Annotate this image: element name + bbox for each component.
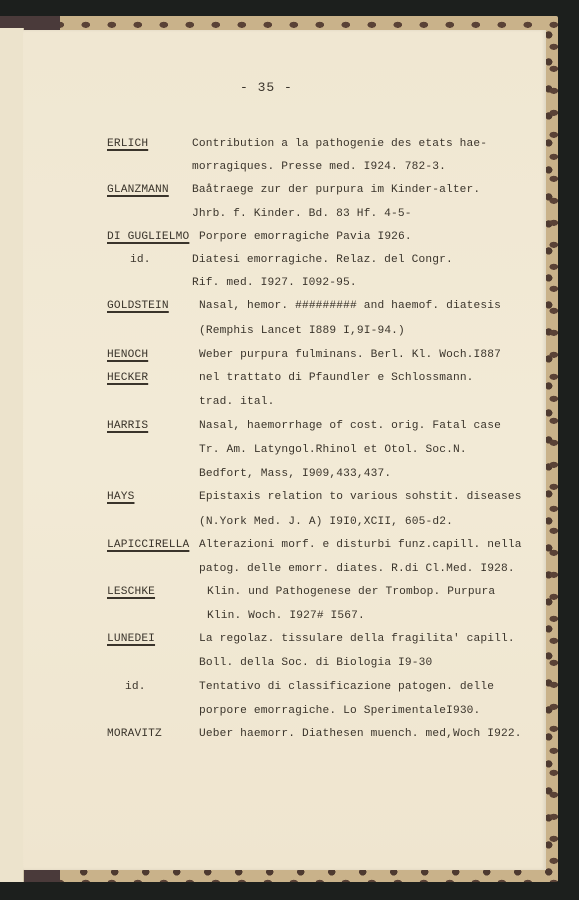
bib-text: Porpore emorragiche Pavia I926. — [199, 231, 412, 243]
bib-text: Alterazioni morf. e disturbi funz.capill… — [199, 539, 522, 551]
bib-text: Contribution a la pathogenie des etats h… — [192, 138, 487, 150]
bib-author-moravitz: MORAVITZ — [107, 728, 162, 740]
bib-author-goldstein: GOLDSTEIN — [107, 300, 169, 312]
bib-text: patog. delle emorr. diates. R.di Cl.Med.… — [199, 563, 515, 575]
bib-text: Epistaxis relation to various sohstit. d… — [199, 491, 522, 503]
bib-text: Baåtraege zur der purpura im Kinder-alte… — [192, 184, 480, 196]
bib-text: Nasal, hemor. ######### and haemof. diat… — [199, 300, 501, 312]
page-number: - 35 - — [240, 80, 293, 95]
bib-text: Klin. und Pathogenese der Trombop. Purpu… — [207, 586, 495, 598]
bib-text: Weber purpura fulminans. Berl. Kl. Woch.… — [199, 349, 501, 361]
bib-text: (Remphis Lancet I889 I,9I-94.) — [199, 325, 405, 337]
bib-text: Nasal, haemorrhage of cost. orig. Fatal … — [199, 420, 501, 432]
bib-text: Jhrb. f. Kinder. Bd. 83 Hf. 4-5- — [192, 208, 412, 220]
bib-author-di-guglielmo: DI GUGLIELMO — [107, 231, 189, 243]
bib-text: La regolaz. tissulare della fragilita' c… — [199, 633, 515, 645]
bib-text: Tentativo di classificazione patogen. de… — [199, 681, 494, 693]
bib-author-lapiccirella: LAPICCIRELLA — [107, 539, 189, 551]
bib-author-harris: HARRIS — [107, 420, 148, 432]
bib-author-id: id. — [130, 254, 151, 266]
bib-text: porpore emorragiche. Lo SperimentaleI930… — [199, 705, 480, 717]
bib-author-id: id. — [125, 681, 146, 693]
bib-text: nel trattato di Pfaundler e Schlossmann. — [199, 372, 474, 384]
bib-author-hecker: HECKER — [107, 372, 148, 384]
bib-text: Ueber haemorr. Diathesen muench. med,Woc… — [199, 728, 522, 740]
facing-page-edge — [0, 28, 24, 882]
bib-text: Tr. Am. Latyngol.Rhinol et Otol. Soc.N. — [199, 444, 467, 456]
bib-author-glanzmann: GLANZMANN — [107, 184, 169, 196]
bib-author-leschke: LESCHKE — [107, 586, 155, 598]
bib-text: Rif. med. I927. I092-95. — [192, 277, 357, 289]
bib-text: Boll. della Soc. di Biologia I9-30 — [199, 657, 432, 669]
bib-author-lunedei: LUNEDEI — [107, 633, 155, 645]
bib-author-hays: HAYS — [107, 491, 134, 503]
bib-author-henoch: HENOCH — [107, 349, 148, 361]
bib-text: Diatesi emorragiche. Relaz. del Congr. — [192, 254, 453, 266]
bib-text: Bedfort, Mass, I909,433,437. — [199, 468, 391, 480]
bib-text: Klin. Woch. I927# I567. — [207, 610, 365, 622]
bib-author-erlich: ERLICH — [107, 138, 148, 150]
bib-text: morragiques. Presse med. I924. 782-3. — [192, 161, 446, 173]
bib-text: (N.York Med. J. A) I9I0,XCII, 605-d2. — [199, 516, 453, 528]
bib-text: trad. ital. — [199, 396, 275, 408]
